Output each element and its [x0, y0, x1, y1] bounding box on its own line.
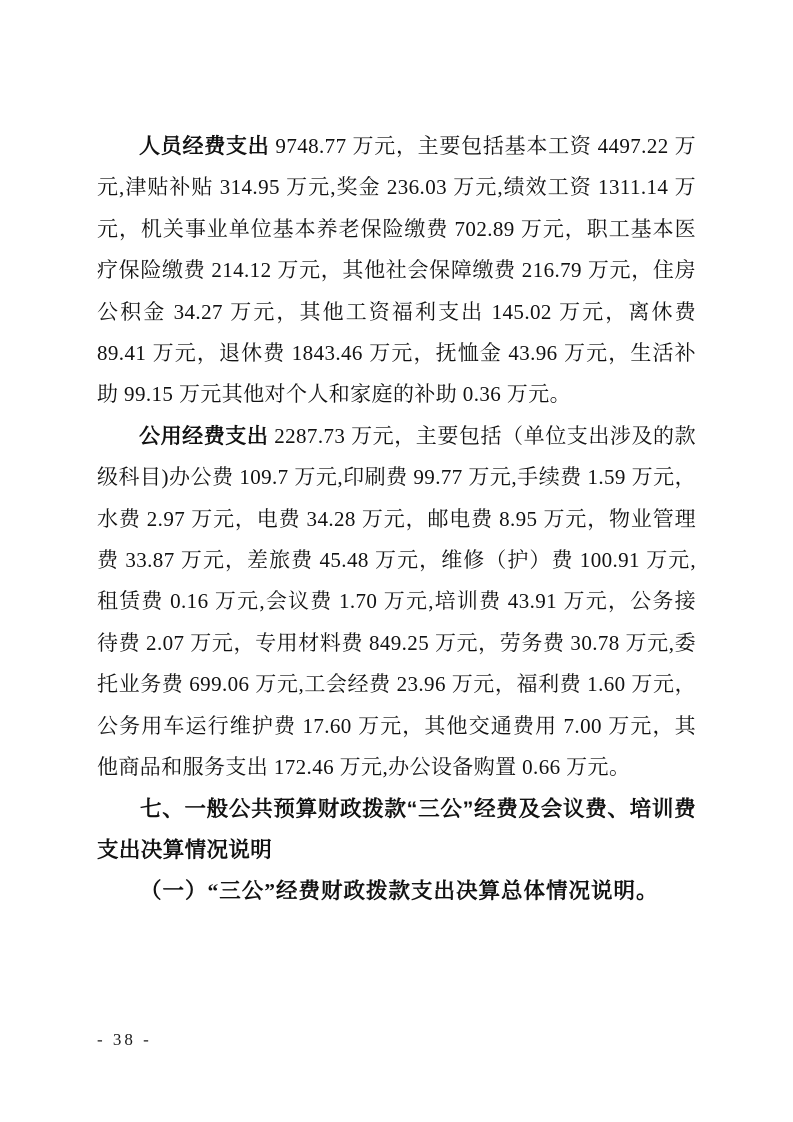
- paragraph-public-lead: 公用经费支出: [139, 424, 268, 448]
- paragraph-personnel-expense: 人员经费支出 9748.77 万元，主要包括基本工资 4497.22 万元,津贴…: [97, 126, 696, 416]
- subsection-heading-one: （一）“三公”经费财政拨款支出决算总体情况说明。: [97, 871, 696, 912]
- document-page: 人员经费支出 9748.77 万元，主要包括基本工资 4497.22 万元,津贴…: [0, 0, 793, 1122]
- page-body: 人员经费支出 9748.77 万元，主要包括基本工资 4497.22 万元,津贴…: [97, 126, 696, 913]
- paragraph-personnel-lead: 人员经费支出: [139, 134, 269, 158]
- section-heading-seven: 七、一般公共预算财政拨款“三公”经费及会议费、培训费支出决算情况说明: [97, 789, 696, 872]
- paragraph-personnel-text: 9748.77 万元，主要包括基本工资 4497.22 万元,津贴补贴 314.…: [97, 134, 696, 406]
- paragraph-public-text: 2287.73 万元，主要包括（单位支出涉及的款级科目)办公费 109.7 万元…: [97, 424, 696, 779]
- paragraph-public-expense: 公用经费支出 2287.73 万元，主要包括（单位支出涉及的款级科目)办公费 1…: [97, 416, 696, 789]
- page-number: - 38 -: [97, 1030, 152, 1050]
